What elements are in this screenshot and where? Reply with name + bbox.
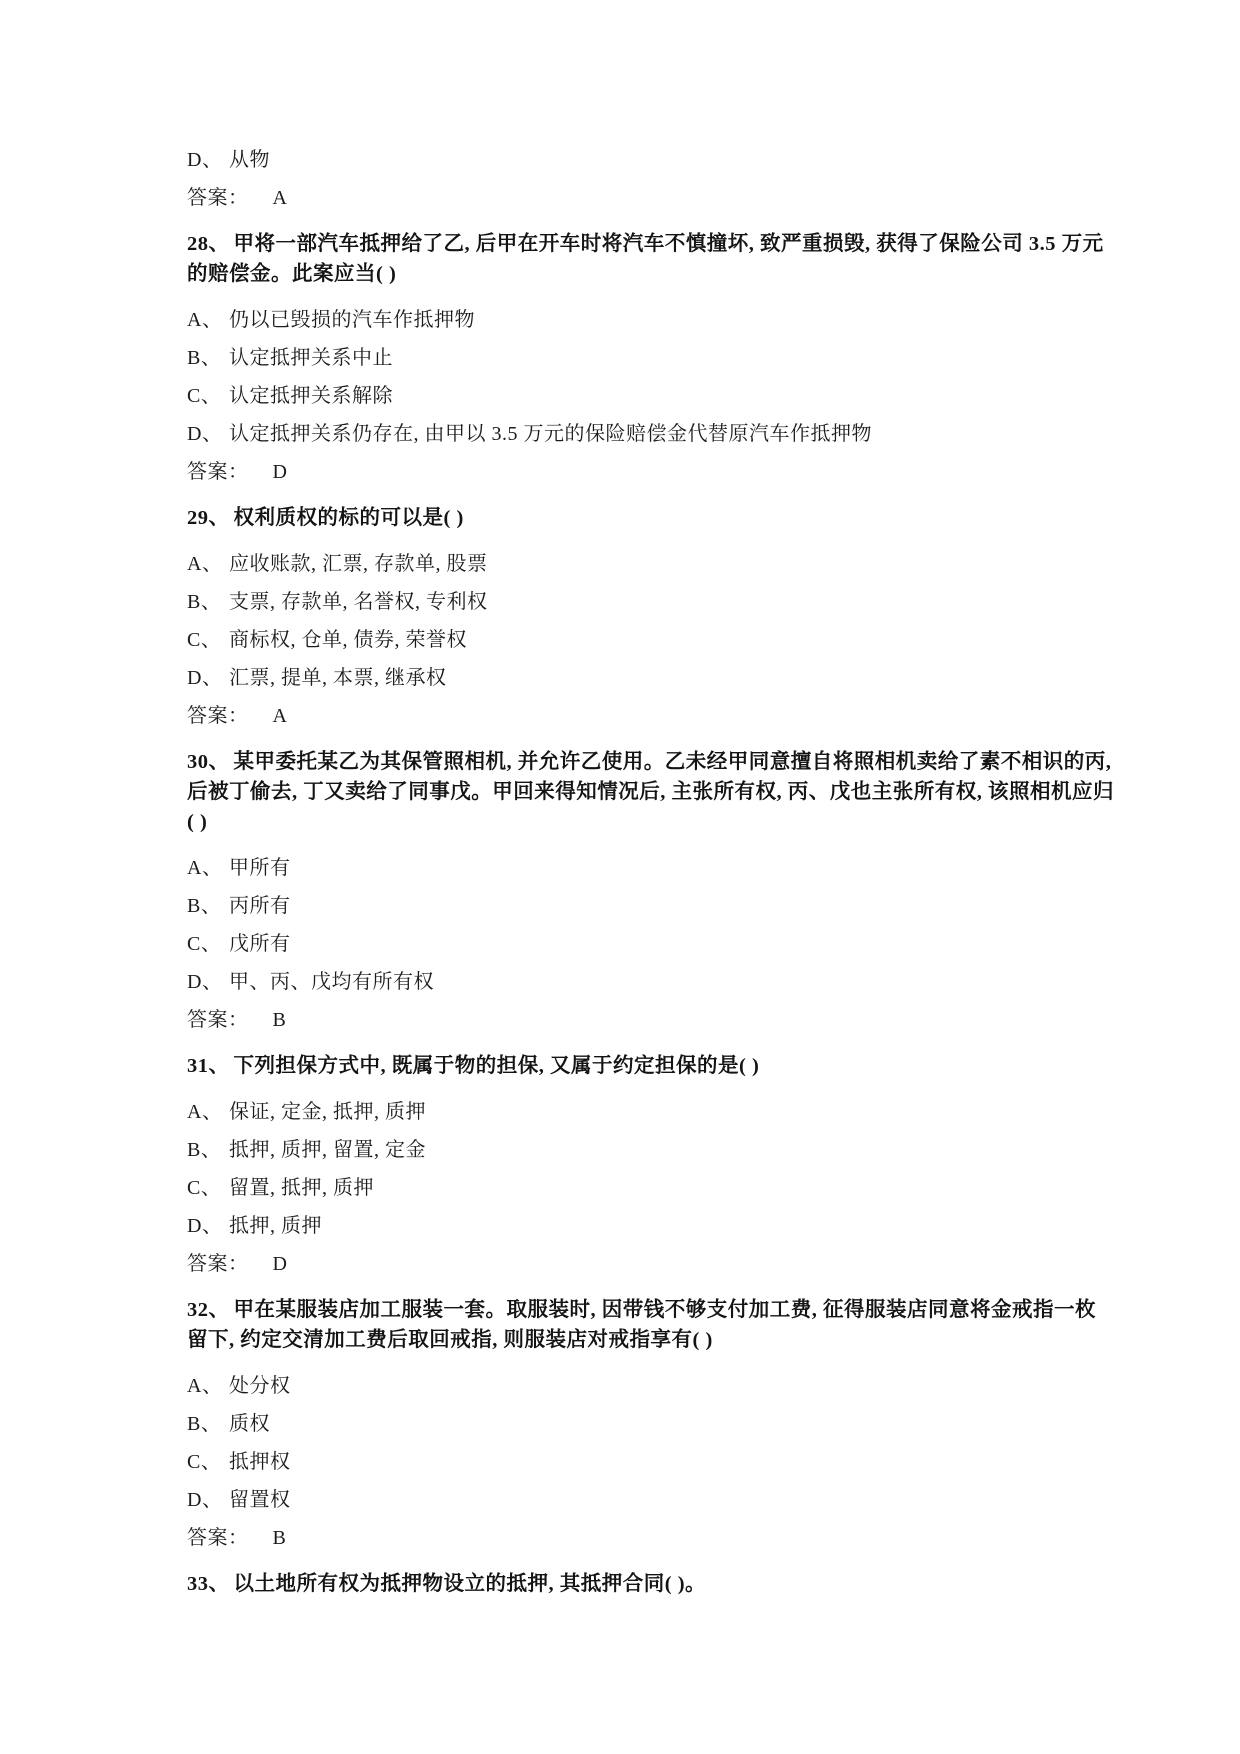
option-label: C、 [187, 625, 229, 655]
option-text: 仍以已毁损的汽车作抵押物 [229, 305, 1115, 335]
option-a: A、 应收账款, 汇票, 存款单, 股票 [187, 549, 1115, 579]
answer-label: 答案： [187, 461, 249, 483]
option-b: B、 丙所有 [187, 891, 1115, 921]
option-a: A、 处分权 [187, 1371, 1115, 1401]
option-label: C、 [187, 381, 229, 411]
option-b: B、 支票, 存款单, 名誉权, 专利权 [187, 587, 1115, 617]
option-text: 汇票, 提单, 本票, 继承权 [229, 663, 1115, 693]
option-text: 丙所有 [229, 891, 1115, 921]
option-text: 戊所有 [229, 929, 1115, 959]
option-c: C、 认定抵押关系解除 [187, 381, 1115, 411]
answer-value: B [273, 1009, 287, 1031]
option-text: 抵押, 质押 [229, 1211, 1115, 1241]
answer-label: 答案： [187, 1253, 249, 1275]
option-b: B、 质权 [187, 1409, 1115, 1439]
question-number: 33、 [187, 1573, 230, 1595]
answer-value: A [273, 187, 288, 209]
option-d: D、 认定抵押关系仍存在, 由甲以 3.5 万元的保险赔偿金代替原汽车作抵押物 [187, 419, 1115, 449]
option-label: C、 [187, 1173, 229, 1203]
option-text: 留置, 抵押, 质押 [229, 1173, 1115, 1203]
question-number: 28、 [187, 233, 230, 255]
option-label: A、 [187, 1097, 229, 1127]
answer-value: B [273, 1527, 287, 1549]
option-label: D、 [187, 663, 229, 693]
question-28: 28、甲将一部汽车抵押给了乙, 后甲在开车时将汽车不慎撞坏, 致严重损毁, 获得… [187, 229, 1115, 487]
question-text: 32、甲在某服装店加工服装一套。取服装时, 因带钱不够支付加工费, 征得服装店同… [187, 1295, 1115, 1355]
option-label: D、 [187, 967, 229, 997]
option-text: 认定抵押关系仍存在, 由甲以 3.5 万元的保险赔偿金代替原汽车作抵押物 [229, 419, 1115, 449]
answer-line: 答案：A [187, 701, 1115, 731]
answer-value: D [273, 1253, 288, 1275]
question-text: 28、甲将一部汽车抵押给了乙, 后甲在开车时将汽车不慎撞坏, 致严重损毁, 获得… [187, 229, 1115, 289]
option-text: 处分权 [229, 1371, 1115, 1401]
option-label: D、 [187, 145, 229, 175]
option-d: D、 留置权 [187, 1485, 1115, 1515]
option-text: 质权 [229, 1409, 1115, 1439]
option-d: D、 甲、丙、戊均有所有权 [187, 967, 1115, 997]
option-text: 留置权 [229, 1485, 1115, 1515]
answer-label: 答案： [187, 1009, 249, 1031]
option-label: A、 [187, 305, 229, 335]
option-c: C、 商标权, 仓单, 债券, 荣誉权 [187, 625, 1115, 655]
carryover-answer-line: 答案：A [187, 183, 1115, 213]
option-text: 从物 [229, 145, 1115, 175]
option-text: 甲、丙、戊均有所有权 [229, 967, 1115, 997]
option-text: 保证, 定金, 抵押, 质押 [229, 1097, 1115, 1127]
answer-line: 答案：B [187, 1523, 1115, 1553]
answer-value: D [273, 461, 288, 483]
question-number: 31、 [187, 1055, 230, 1077]
question-number: 32、 [187, 1299, 230, 1321]
carryover-option-d: D、 从物 [187, 145, 1115, 175]
option-label: B、 [187, 587, 229, 617]
option-label: B、 [187, 1409, 229, 1439]
option-a: A、 保证, 定金, 抵押, 质押 [187, 1097, 1115, 1127]
question-number: 30、 [187, 751, 230, 773]
option-d: D、 汇票, 提单, 本票, 继承权 [187, 663, 1115, 693]
question-31: 31、下列担保方式中, 既属于物的担保, 又属于约定担保的是( ) A、 保证,… [187, 1051, 1115, 1279]
option-d: D、 抵押, 质押 [187, 1211, 1115, 1241]
option-b: B、 认定抵押关系中止 [187, 343, 1115, 373]
option-label: A、 [187, 1371, 229, 1401]
option-label: D、 [187, 1211, 229, 1241]
question-33: 33、以土地所有权为抵押物设立的抵押, 其抵押合同( )。 [187, 1569, 1115, 1599]
question-text: 29、权利质权的标的可以是( ) [187, 503, 1115, 533]
option-text: 抵押权 [229, 1447, 1115, 1477]
option-text: 抵押, 质押, 留置, 定金 [229, 1135, 1115, 1165]
option-c: C、 戊所有 [187, 929, 1115, 959]
question-text: 30、某甲委托某乙为其保管照相机, 并允许乙使用。乙未经甲同意擅自将照相机卖给了… [187, 747, 1115, 837]
option-text: 支票, 存款单, 名誉权, 专利权 [229, 587, 1115, 617]
answer-label: 答案： [187, 705, 249, 727]
question-29: 29、权利质权的标的可以是( ) A、 应收账款, 汇票, 存款单, 股票 B、… [187, 503, 1115, 731]
option-text: 甲所有 [229, 853, 1115, 883]
question-32: 32、甲在某服装店加工服装一套。取服装时, 因带钱不够支付加工费, 征得服装店同… [187, 1295, 1115, 1553]
answer-label: 答案： [187, 1527, 249, 1549]
option-label: D、 [187, 1485, 229, 1515]
option-label: A、 [187, 549, 229, 579]
answer-line: 答案：D [187, 457, 1115, 487]
option-label: A、 [187, 853, 229, 883]
option-label: D、 [187, 419, 229, 449]
question-number: 29、 [187, 507, 230, 529]
option-a: A、 仍以已毁损的汽车作抵押物 [187, 305, 1115, 335]
option-text: 商标权, 仓单, 债券, 荣誉权 [229, 625, 1115, 655]
question-text: 31、下列担保方式中, 既属于物的担保, 又属于约定担保的是( ) [187, 1051, 1115, 1081]
option-text: 认定抵押关系解除 [229, 381, 1115, 411]
option-label: B、 [187, 1135, 229, 1165]
option-c: C、 抵押权 [187, 1447, 1115, 1477]
answer-line: 答案：D [187, 1249, 1115, 1279]
document-page: D、 从物 答案：A 28、甲将一部汽车抵押给了乙, 后甲在开车时将汽车不慎撞坏… [0, 0, 1240, 1754]
answer-value: A [273, 705, 288, 727]
option-text: 应收账款, 汇票, 存款单, 股票 [229, 549, 1115, 579]
option-label: B、 [187, 891, 229, 921]
option-b: B、 抵押, 质押, 留置, 定金 [187, 1135, 1115, 1165]
option-a: A、 甲所有 [187, 853, 1115, 883]
answer-label: 答案： [187, 187, 249, 209]
question-30: 30、某甲委托某乙为其保管照相机, 并允许乙使用。乙未经甲同意擅自将照相机卖给了… [187, 747, 1115, 1035]
option-c: C、 留置, 抵押, 质押 [187, 1173, 1115, 1203]
option-label: C、 [187, 929, 229, 959]
option-label: B、 [187, 343, 229, 373]
option-text: 认定抵押关系中止 [229, 343, 1115, 373]
answer-line: 答案：B [187, 1005, 1115, 1035]
option-label: C、 [187, 1447, 229, 1477]
question-text: 33、以土地所有权为抵押物设立的抵押, 其抵押合同( )。 [187, 1569, 1115, 1599]
